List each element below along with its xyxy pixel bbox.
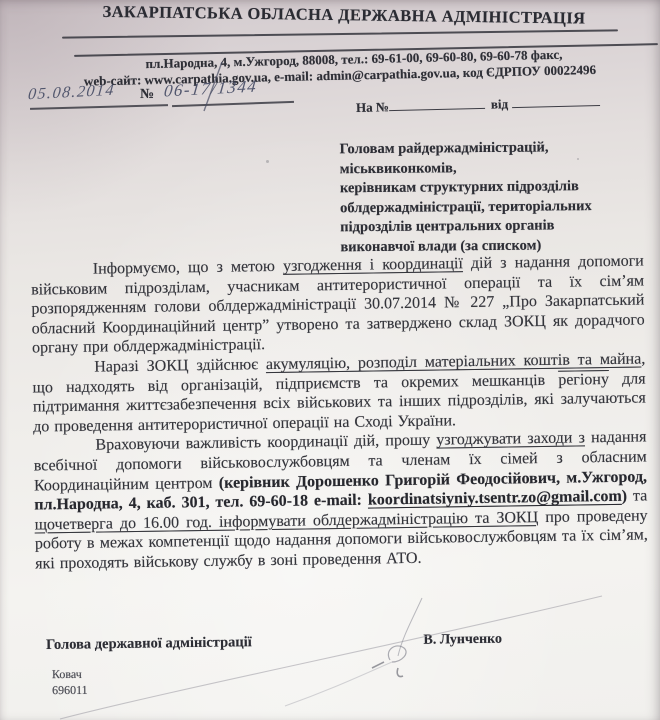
signer-name: В. Лунченко [423,632,502,649]
letter-body: Інформуємо, що з метою узгодження і коор… [31,251,649,574]
paragraph-1: Інформуємо, що з метою узгодження і коор… [31,251,645,358]
executor-phone: 696011 [52,682,88,698]
incoming-number-label: На № [356,99,389,115]
number-sign: № [140,87,154,103]
executor-note: Ковач 696011 [52,666,88,698]
signature-row: Голова державної адміністрації В. Лунчен… [46,629,620,654]
text-run: ) [622,488,634,505]
scanned-letter-page: ЗАКАРПАТСЬКА ОБЛАСНА ДЕРЖАВНА АДМІНІСТРА… [0,0,660,720]
paragraph-3: Враховуючи важливість координації дій, п… [33,428,648,574]
scan-speck [577,158,579,160]
executor-name: Ковач [52,666,88,682]
letterhead-title: ЗАКАРПАТСЬКА ОБЛАСНА ДЕРЖАВНА АДМІНІСТРА… [0,0,660,29]
underlined-phrase: узгодження і координації [283,255,463,275]
addressee-block: Головам райдержадміністрацій, міськвикон… [339,138,630,258]
addressee-line: Головам райдержадміністрацій, [339,138,629,160]
email-text: koordinatsiyniy.tsentr.zo@gmail.com [368,488,622,509]
signer-position: Голова державної адміністрації [46,634,252,654]
text-run: Інформуємо, що з метою [93,258,283,278]
addressee-line: міськвиконкомів, [340,157,630,179]
addressee-line: підрозділів центральних органів [340,216,630,238]
overlined-word: регіону [558,371,609,389]
underlined-phrase: акумуляцію, розподіл матеріальних коштів… [266,350,642,373]
text-run: Наразі ЗОКЦ здійснює [94,356,266,376]
incoming-date-label: від [491,96,509,111]
underlined-phrase: узгоджувати заходи з [436,430,585,449]
scan-speck [266,160,269,163]
handwritten-outgoing-number: 06-17/1344 [163,76,258,101]
addressee-line: облдержадміністрації, територіальних [340,197,630,219]
incoming-date-blank [512,94,600,108]
number-blank-line [172,101,294,107]
text-run: та [633,488,648,505]
addressee-line: керівникам структурних підрозділів [340,177,630,199]
paragraph-2: Наразі ЗОКЦ здійснює акумуляцію, розподі… [32,349,646,436]
incoming-reference-row: На №від [356,94,600,116]
incoming-number-blank [389,97,485,111]
text-run: Враховуючи важливість координації дій, п… [95,432,436,454]
letterhead-divider-top [62,29,618,38]
date-blank-line [30,104,168,109]
handwritten-date: 05.08.2014 [27,82,116,105]
